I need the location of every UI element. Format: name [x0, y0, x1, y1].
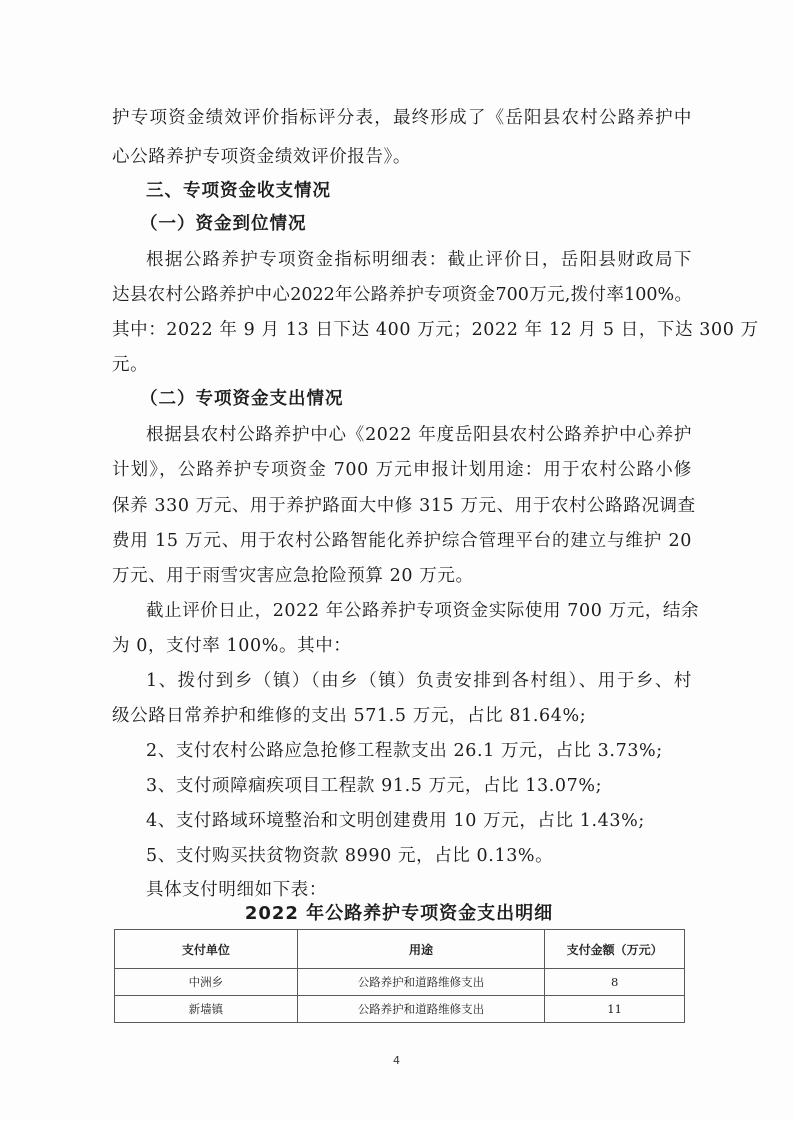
cell-unit: 中洲乡 [115, 969, 298, 996]
section-heading: 三、专项资金收支情况 [146, 179, 726, 203]
paragraph-line: 费用 15 万元、用于农村公路智能化养护综合管理平台的建立与维护 20 [112, 529, 692, 553]
list-item: 5、支付购买扶贫物资款 8990 元，占比 0.13%。 [146, 844, 726, 868]
paragraph-line: 具体支付明细如下表： [146, 878, 726, 902]
page-number: 4 [0, 1054, 793, 1067]
subsection-heading: （二）专项资金支出情况 [140, 387, 720, 411]
paragraph-line: 万元、用于雨雪灾害应急抢险预算 20 万元。 [112, 564, 692, 588]
table-row: 中洲乡 公路养护和道路维修支出 8 [115, 969, 685, 996]
list-item: 3、支付顽障痼疾项目工程款 91.5 万元，占比 13.07%; [146, 774, 726, 798]
cell-purpose: 公路养护和道路维修支出 [297, 996, 545, 1023]
paragraph-line: 护专项资金绩效评价指标评分表，最终形成了《岳阳县农村公路养护中 [112, 106, 692, 130]
cell-amount: 8 [545, 969, 685, 996]
paragraph-line: 元。 [112, 353, 692, 377]
paragraph-line: 其中：2022 年 9 月 13 日下达 400 万元；2022 年 12 月 … [112, 318, 692, 342]
list-item: 1、拨付到乡（镇）（由乡（镇）负责安排到各村组）、用于乡、村 [146, 669, 692, 693]
paragraph-line: 计划》，公路养护专项资金 700 万元申报计划用途：用于农村公路小修 [112, 458, 692, 482]
paragraph-line: 截止评价日止，2022 年公路养护专项资金实际使用 700 万元，结余 [146, 599, 692, 623]
table-title: 2022 年公路养护专项资金支出明细 [114, 902, 684, 926]
paragraph-line: 根据公路养护专项资金指标明细表：截止评价日，岳阳县财政局下 [146, 248, 692, 272]
paragraph-line: 达县农村公路养护中心2022年公路养护专项资金700万元,拨付率100%。 [112, 283, 692, 307]
subsection-heading: （一）资金到位情况 [140, 212, 720, 236]
list-item: 2、支付农村公路应急抢修工程款支出 26.1 万元，占比 3.73%; [146, 739, 726, 763]
list-item: 4、支付路域环境整治和文明创建费用 10 万元，占比 1.43%; [146, 809, 726, 833]
list-item: 级公路日常养护和维修的支出 571.5 万元，占比 81.64%; [112, 704, 692, 728]
expense-detail-table: 支付单位 用途 支付金额（万元） 中洲乡 公路养护和道路维修支出 8 新墙镇 公… [114, 929, 685, 1023]
column-header-purpose: 用途 [297, 930, 545, 969]
paragraph-line: 根据县农村公路养护中心《2022 年度岳阳县农村公路养护中心养护 [146, 423, 692, 447]
column-header-amount: 支付金额（万元） [545, 930, 685, 969]
paragraph-line: 心公路养护专项资金绩效评价报告》。 [112, 145, 692, 169]
paragraph-line: 保养 330 万元、用于养护路面大中修 315 万元、用于农村公路路况调查 [112, 494, 692, 518]
table-header-row: 支付单位 用途 支付金额（万元） [115, 930, 685, 969]
column-header-unit: 支付单位 [115, 930, 298, 969]
table-row: 新墙镇 公路养护和道路维修支出 11 [115, 996, 685, 1023]
cell-amount: 11 [545, 996, 685, 1023]
cell-unit: 新墙镇 [115, 996, 298, 1023]
document-page: 护专项资金绩效评价指标评分表，最终形成了《岳阳县农村公路养护中 心公路养护专项资… [0, 0, 793, 1121]
cell-purpose: 公路养护和道路维修支出 [297, 969, 545, 996]
paragraph-line: 为 0，支付率 100%。其中： [112, 634, 692, 658]
